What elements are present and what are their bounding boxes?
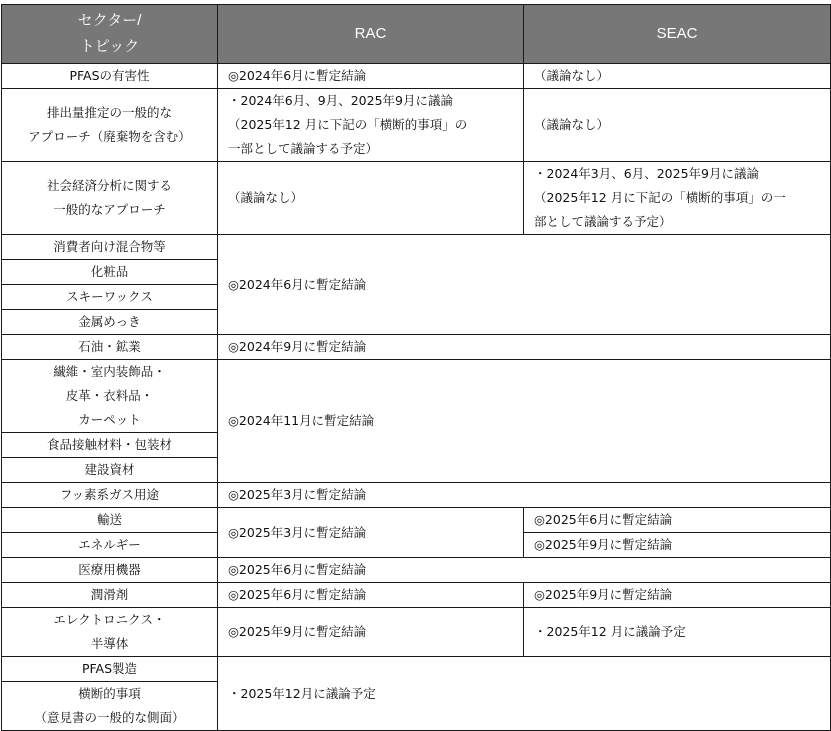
topic-cell: エネルギー xyxy=(2,533,218,558)
seac-cell: ・2025年12 月に議論予定 xyxy=(524,608,831,657)
seac-cell: ・2024年3月、6月、2025年9月に議論 （2025年12 月に下記の「横断… xyxy=(524,162,831,235)
topic-cell: 建設資材 xyxy=(2,458,218,483)
header-topic: セクター/ トピック xyxy=(2,5,218,64)
topic-cell: 金属めっき xyxy=(2,310,218,335)
rac-cell: ・2024年6月、9月、2025年9月に議論 （2025年12 月に下記の「横断… xyxy=(218,89,524,162)
topic-cell: 繊維・室内装飾品・ 皮革・衣料品・ カーペット xyxy=(2,360,218,433)
topic-cell: 医療用機器 xyxy=(2,558,218,583)
topic-cell: 排出量推定の一般的な アプローチ（廃棄物を含む） xyxy=(2,89,218,162)
seac-cell: ◎2025年9月に暫定結論 xyxy=(524,533,831,558)
table-row: フッ素系ガス用途 ◎2025年3月に暫定結論 xyxy=(2,483,831,508)
merged-status-cell: ◎2025年6月に暫定結論 xyxy=(218,558,831,583)
table-row: 社会経済分析に関する 一般的なアプローチ （議論なし） ・2024年3月、6月、… xyxy=(2,162,831,235)
merged-status-cell: ◎2025年3月に暫定結論 xyxy=(218,483,831,508)
merged-status-cell: ◎2024年6月に暫定結論 xyxy=(218,235,831,335)
topic-cell: 消費者向け混合物等 xyxy=(2,235,218,260)
table-row: 潤滑剤 ◎2025年6月に暫定結論 ◎2025年9月に暫定結論 xyxy=(2,583,831,608)
table-row: 輸送 ◎2025年3月に暫定結論 ◎2025年6月に暫定結論 xyxy=(2,508,831,533)
seac-cell: （議論なし） xyxy=(524,64,831,89)
topic-cell: スキーワックス xyxy=(2,285,218,310)
table-row: PFAS製造 ・2025年12月に議論予定 xyxy=(2,657,831,682)
merged-status-cell: ・2025年12月に議論予定 xyxy=(218,657,831,729)
topic-cell: PFAS製造 xyxy=(2,657,218,682)
rac-cell: ◎2025年3月に暫定結論 xyxy=(218,508,524,558)
topic-cell: 横断的事項 （意見書の一般的な側面） xyxy=(2,682,218,729)
rac-cell: ◎2024年6月に暫定結論 xyxy=(218,64,524,89)
header-seac: SEAC xyxy=(524,5,831,64)
seac-cell: ◎2025年6月に暫定結論 xyxy=(524,508,831,533)
rac-cell: ◎2025年9月に暫定結論 xyxy=(218,608,524,657)
pfas-restriction-schedule-table: セクター/ トピック RAC SEAC PFASの有害性 ◎2024年6月に暫定… xyxy=(1,4,831,728)
topic-cell: 化粧品 xyxy=(2,260,218,285)
table-row: 繊維・室内装飾品・ 皮革・衣料品・ カーペット ◎2024年11月に暫定結論 xyxy=(2,360,831,433)
topic-cell: 社会経済分析に関する 一般的なアプローチ xyxy=(2,162,218,235)
rac-cell: ◎2025年6月に暫定結論 xyxy=(218,583,524,608)
topic-cell: 石油・鉱業 xyxy=(2,335,218,360)
topic-cell: 潤滑剤 xyxy=(2,583,218,608)
topic-cell: PFASの有害性 xyxy=(2,64,218,89)
table-row: PFASの有害性 ◎2024年6月に暫定結論 （議論なし） xyxy=(2,64,831,89)
seac-cell: ◎2025年9月に暫定結論 xyxy=(524,583,831,608)
header-row: セクター/ トピック RAC SEAC xyxy=(2,5,831,64)
topic-cell: フッ素系ガス用途 xyxy=(2,483,218,508)
rac-cell: （議論なし） xyxy=(218,162,524,235)
merged-status-cell: ◎2024年11月に暫定結論 xyxy=(218,360,831,483)
seac-cell: （議論なし） xyxy=(524,89,831,162)
table-row: 消費者向け混合物等 ◎2024年6月に暫定結論 xyxy=(2,235,831,260)
merged-status-cell: ◎2024年9月に暫定結論 xyxy=(218,335,831,360)
table-row: 排出量推定の一般的な アプローチ（廃棄物を含む） ・2024年6月、9月、202… xyxy=(2,89,831,162)
table-row: 石油・鉱業 ◎2024年9月に暫定結論 xyxy=(2,335,831,360)
header-rac: RAC xyxy=(218,5,524,64)
topic-cell: 輸送 xyxy=(2,508,218,533)
table-row: エレクトロニクス・ 半導体 ◎2025年9月に暫定結論 ・2025年12 月に議… xyxy=(2,608,831,657)
topic-cell: エレクトロニクス・ 半導体 xyxy=(2,608,218,657)
topic-cell: 食品接触材料・包装材 xyxy=(2,433,218,458)
table-row: 医療用機器 ◎2025年6月に暫定結論 xyxy=(2,558,831,583)
